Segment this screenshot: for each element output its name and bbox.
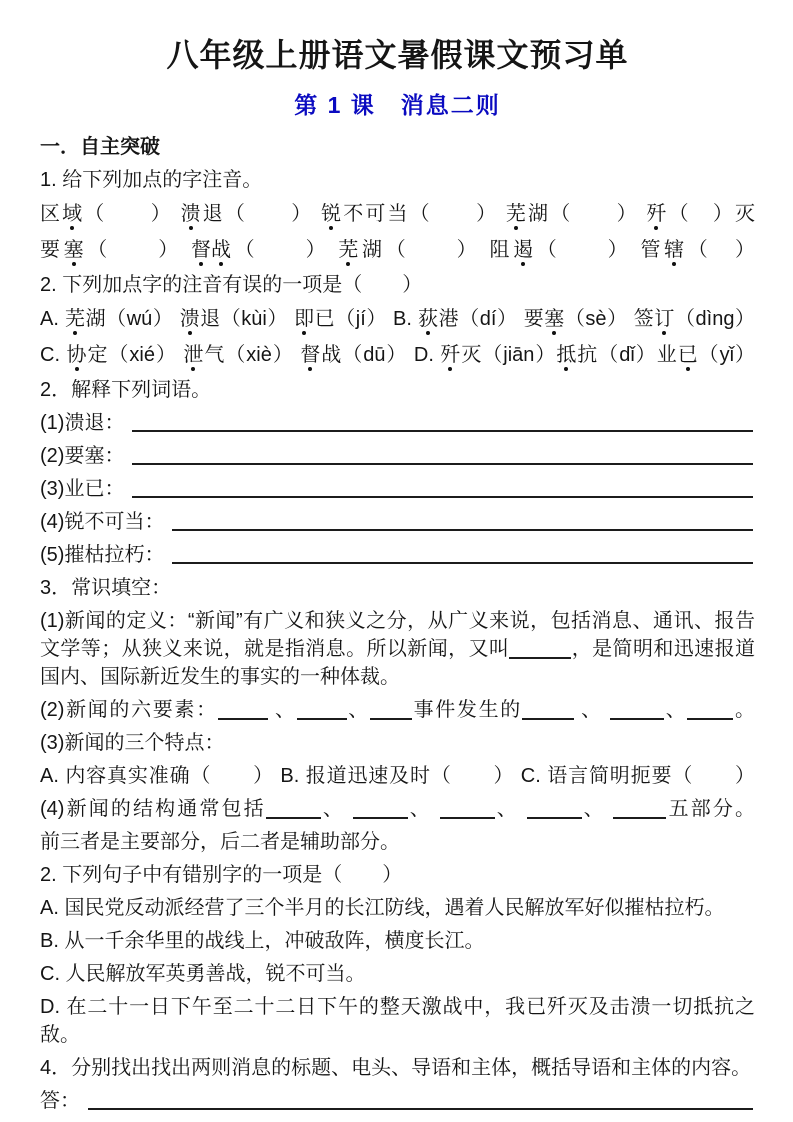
text-segment: 已（jí） B. (314, 308, 418, 330)
text-segment: 区 (40, 203, 62, 225)
q1-pinyin-row-2: 要塞（ ） 督战（ ） 芜湖（ ） 阻遏（ ） 管辖（ ） (40, 235, 755, 265)
text-segment: （ ） (84, 239, 191, 261)
text-segment: 战（dū） D. (320, 344, 440, 366)
text-segment: 、 (574, 699, 610, 721)
emphasis-dotted-char: 即 (294, 304, 314, 334)
text-segment: 3．常识填空： (40, 577, 171, 599)
text-segment: 、 (664, 699, 687, 721)
text-segment: 湖（wú） (85, 308, 180, 330)
fill-in-blank (440, 797, 495, 819)
emphasis-dotted-char: 抵 (556, 340, 576, 370)
blank-kuitui: (1)溃退： (40, 409, 755, 437)
emphasis-dotted-char: 协 (67, 340, 87, 370)
fill-in-blank (218, 698, 268, 720)
q3-three-features: (3)新闻的三个特点： (40, 729, 755, 757)
emphasis-dotted-char: 溃 (181, 199, 201, 229)
text-segment: (4)新闻的结构通常包括 (40, 798, 266, 820)
text-segment: （sè） 签 (564, 308, 654, 330)
text-segment: 一．自主突破 (40, 136, 160, 158)
emphasis-dotted-char: 督 (191, 235, 211, 265)
answer-underline (132, 494, 753, 498)
text-segment: 、 (408, 798, 440, 820)
text-segment: 湖（ ） (526, 203, 647, 225)
text-segment: (3)新闻的三个特点： (40, 732, 224, 754)
text-segment: 、 (268, 699, 297, 721)
q2-options-cd: C. 协定（xié） 泄气（xiè） 督战（dū） D. 歼灭（jiān）抵抗（… (40, 340, 755, 370)
lesson-title: 第 1 课 消息二则 (40, 90, 755, 120)
text-segment: (2)要塞： (40, 445, 124, 467)
text-segment: 退（kùi） (200, 308, 295, 330)
text-segment: 湖（ ） 阻 (358, 239, 513, 261)
fill-in-blank (687, 698, 733, 720)
emphasis-dotted-char: 歼 (646, 199, 666, 229)
fill-in-blank (613, 797, 666, 819)
q2c-prompt: 2. 下列句子中有错别字的一项是（ ） (40, 861, 755, 889)
blank-ruibukedang: (4)锐不可当： (40, 508, 755, 536)
section-heading: 一．自主突破 (40, 133, 755, 161)
text-segment: 抗（dǐ）业 (576, 344, 677, 366)
blank-yeyi: (3)业已： (40, 475, 755, 503)
text-segment: 事件发生的 (412, 699, 522, 721)
fill-in-blank (509, 637, 571, 659)
fill-in-blank (370, 698, 412, 720)
text-segment: 1. 给下列加点的字注音。 (40, 169, 262, 191)
fill-in-blank (610, 698, 664, 720)
emphasis-dotted-char: 泄 (183, 340, 203, 370)
q4-prompt: 4．分别找出找出两则消息的标题、电头、导语和主体，概括导语和主体的内容。 (40, 1054, 755, 1082)
emphasis-dotted-char: 已 (678, 340, 698, 370)
q3-six-elements: (2)新闻的六要素： 、、事件发生的 、 、。 (40, 696, 755, 724)
text-segment: 2. 下列句子中有错别字的一项是（ ） (40, 864, 402, 886)
emphasis-dotted-char: 订 (654, 304, 674, 334)
q1-prompt: 1. 给下列加点的字注音。 (40, 166, 755, 194)
text-segment: 2. 下列加点字的注音有误的一项是（ ） (40, 274, 422, 296)
q1-pinyin-row-1: 区域（ ） 溃退（ ） 锐不可当（ ） 芜湖（ ） 歼（ ）灭 (40, 199, 755, 229)
blank-label: (4)锐不可当： (40, 508, 164, 536)
fill-in-blank (266, 797, 321, 819)
text-segment: A. 国民党反动派经营了三个半月的长江防线，遇着人民解放军好似摧枯拉朽。 (40, 897, 724, 919)
text-segment: 、 (347, 699, 370, 721)
q2c-option-d: D. 在二十一日下午至二十二日下午的整天激战中，我已歼灭及击溃一切抵抗之敌。 (40, 993, 755, 1049)
q2-options-ab: A. 芜湖（wú） 溃退（kùi） 即已（jí） B. 荻港（dí） 要塞（sè… (40, 304, 755, 334)
text-segment: D. 在二十一日下午至二十二日下午的整天激战中，我已歼灭及击溃一切抵抗之敌。 (40, 996, 755, 1046)
text-segment: 要 (40, 239, 64, 261)
emphasis-dotted-char: 辖 (664, 235, 684, 265)
text-segment: 答： (40, 1090, 80, 1112)
answer-underline (172, 560, 753, 564)
emphasis-dotted-char: 荻 (418, 304, 438, 334)
fill-in-blank (297, 698, 347, 720)
fill-in-blank (527, 797, 582, 819)
answer-underline (88, 1106, 753, 1110)
blank-label: (1)溃退： (40, 409, 124, 437)
text-segment: （ ） (82, 203, 180, 225)
text-segment: （ ） (231, 239, 338, 261)
emphasis-dotted-char: 遏 (513, 235, 533, 265)
text-segment: 。 (733, 699, 755, 721)
text-segment: 前三者是主要部分，后二者是辅助部分。 (40, 831, 400, 853)
q2c-option-c: C. 人民解放军英勇善战，锐不可当。 (40, 960, 755, 988)
worksheet-body: 一．自主突破1. 给下列加点的字注音。区域（ ） 溃退（ ） 锐不可当（ ） 芜… (40, 133, 755, 1115)
text-segment: B. 从一千余华里的战线上，冲破敌阵，横度长江。 (40, 930, 484, 952)
emphasis-dotted-char: 歼 (440, 340, 460, 370)
q3-structure: (4)新闻的结构通常包括、 、 、 、 五部分。 (40, 795, 755, 823)
text-segment: 、 (495, 798, 527, 820)
q2c-option-b: B. 从一千余华里的战线上，冲破敌阵，横度长江。 (40, 927, 755, 955)
emphasis-dotted-char: 塞 (64, 235, 84, 265)
blank-label: (5)摧枯拉朽： (40, 541, 164, 569)
text-segment: (4)锐不可当： (40, 511, 164, 533)
page-title: 八年级上册语文暑假课文预习单 (40, 34, 755, 76)
emphasis-dotted-char: 域 (62, 199, 82, 229)
fill-in-blank (522, 698, 574, 720)
blank-cuikulaxiu: (5)摧枯拉朽： (40, 541, 755, 569)
answer-row: 答： (40, 1087, 755, 1115)
emphasis-dotted-char: 锐 (321, 199, 341, 229)
emphasis-dotted-char: 芜 (506, 199, 526, 229)
q3-prompt: 3．常识填空： (40, 574, 755, 602)
text-segment: (1)溃退： (40, 412, 124, 434)
emphasis-dotted-char: 芜 (65, 304, 85, 334)
fill-in-blank (353, 797, 408, 819)
q2-prompt: 2. 下列加点字的注音有误的一项是（ ） (40, 271, 755, 299)
text-segment: (2)新闻的六要素： (40, 699, 218, 721)
answer-underline (132, 461, 753, 465)
text-segment: 气（xiè） (203, 344, 300, 366)
blank-label: 答： (40, 1087, 80, 1115)
q2b-prompt: 2．解释下列词语。 (40, 376, 755, 404)
text-segment: C. 人民解放军英勇善战，锐不可当。 (40, 963, 366, 985)
text-segment: （ ）灭 (666, 203, 755, 225)
text-segment: C. (40, 344, 67, 366)
q2c-option-a: A. 国民党反动派经营了三个半月的长江防线，遇着人民解放军好似摧枯拉朽。 (40, 894, 755, 922)
text-segment: （ ） 管 (533, 239, 664, 261)
text-segment: (3)业已： (40, 478, 124, 500)
text-segment: 、 (321, 798, 353, 820)
text-segment: （yǐ） (698, 344, 755, 366)
text-segment: A. 内容真实准确（ ） B. 报道迅速及时（ ） C. 语言简明扼要（ ） (40, 765, 755, 787)
text-segment: 、 (582, 798, 614, 820)
text-segment: 五部分。 (666, 798, 755, 820)
emphasis-dotted-char: 督 (300, 340, 320, 370)
text-segment: （dìng） (674, 308, 755, 330)
emphasis-dotted-char: 溃 (180, 304, 200, 334)
worksheet-page: 八年级上册语文暑假课文预习单 第 1 课 消息二则 一．自主突破1. 给下列加点… (0, 0, 793, 1122)
answer-underline (132, 428, 753, 432)
blank-label: (3)业已： (40, 475, 124, 503)
text-segment: 不可当（ ） (341, 203, 506, 225)
answer-underline (172, 527, 753, 531)
blank-yaosai: (2)要塞： (40, 442, 755, 470)
emphasis-dotted-char: 塞 (544, 304, 564, 334)
emphasis-dotted-char: 战 (211, 235, 231, 265)
text-segment: A. (40, 308, 65, 330)
text-segment: (5)摧枯拉朽： (40, 544, 164, 566)
text-segment: 港（dí） 要 (438, 308, 544, 330)
text-segment: 定（xié） (87, 344, 184, 366)
text-segment: 灭（jiān） (460, 344, 556, 366)
q3-structure-note: 前三者是主要部分，后二者是辅助部分。 (40, 828, 755, 856)
blank-label: (2)要塞： (40, 442, 124, 470)
text-segment: （ ） (684, 239, 755, 261)
text-segment: 2．解释下列词语。 (40, 379, 211, 401)
emphasis-dotted-char: 芜 (338, 235, 358, 265)
q3-three-features-options: A. 内容真实准确（ ） B. 报道迅速及时（ ） C. 语言简明扼要（ ） (40, 762, 755, 790)
q3-definition: (1)新闻的定义：“新闻”有广义和狭义之分，从广义来说，包括消息、通讯、报告文学… (40, 607, 755, 691)
text-segment: 4．分别找出找出两则消息的标题、电头、导语和主体，概括导语和主体的内容。 (40, 1057, 751, 1079)
text-segment: 退（ ） (201, 203, 322, 225)
